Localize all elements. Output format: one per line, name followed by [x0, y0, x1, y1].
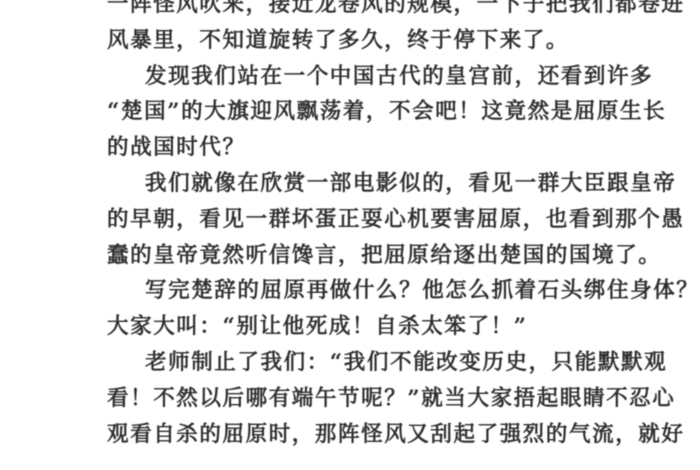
text-line: 观看自杀的屈原时，那阵怪风又刮起了强烈的气流，就好 [107, 417, 577, 453]
text-line: 风暴里，不知道旋转了多久，终于停下来了。 [107, 23, 577, 59]
story-text: 一阵怪风吹来，接近龙卷风的规模，一下子把我们都卷进 风暴里，不知道旋转了多久，终… [107, 0, 577, 452]
text-line: 一阵怪风吹来，接近龙卷风的规模，一下子把我们都卷进 [107, 0, 577, 23]
text-line: 大家大叫：“别让他死成！自杀太笨了！” [107, 309, 577, 345]
text-line: 发现我们站在一个中国古代的皇宫前，还看到许多 [107, 59, 577, 95]
text-line: 写完楚辞的屈原再做什么？他怎么抓着石头绑住身体？ [107, 273, 577, 309]
text-line: “楚国”的大旗迎风飘荡着，不会吧！这竟然是屈原生长 [107, 94, 577, 130]
text-line: 蠢的皇帝竟然听信馋言，把屈原给逐出楚国的国境了。 [107, 238, 577, 274]
text-line: 的战国时代？ [107, 130, 577, 166]
text-line: 的早朝，看见一群坏蛋正耍心机要害屈原，也看到那个愚 [107, 202, 577, 238]
text-line: 老师制止了我们：“我们不能改变历史，只能默默观 [107, 345, 577, 381]
text-line: 我们就像在欣赏一部电影似的，看见一群大臣跟皇帝 [107, 166, 577, 202]
text-line: 看！不然以后哪有端午节呢？”就当大家捂起眼睛不忍心 [107, 381, 577, 417]
document-page: 一阵怪风吹来，接近龙卷风的规模，一下子把我们都卷进 风暴里，不知道旋转了多久，终… [0, 0, 700, 470]
